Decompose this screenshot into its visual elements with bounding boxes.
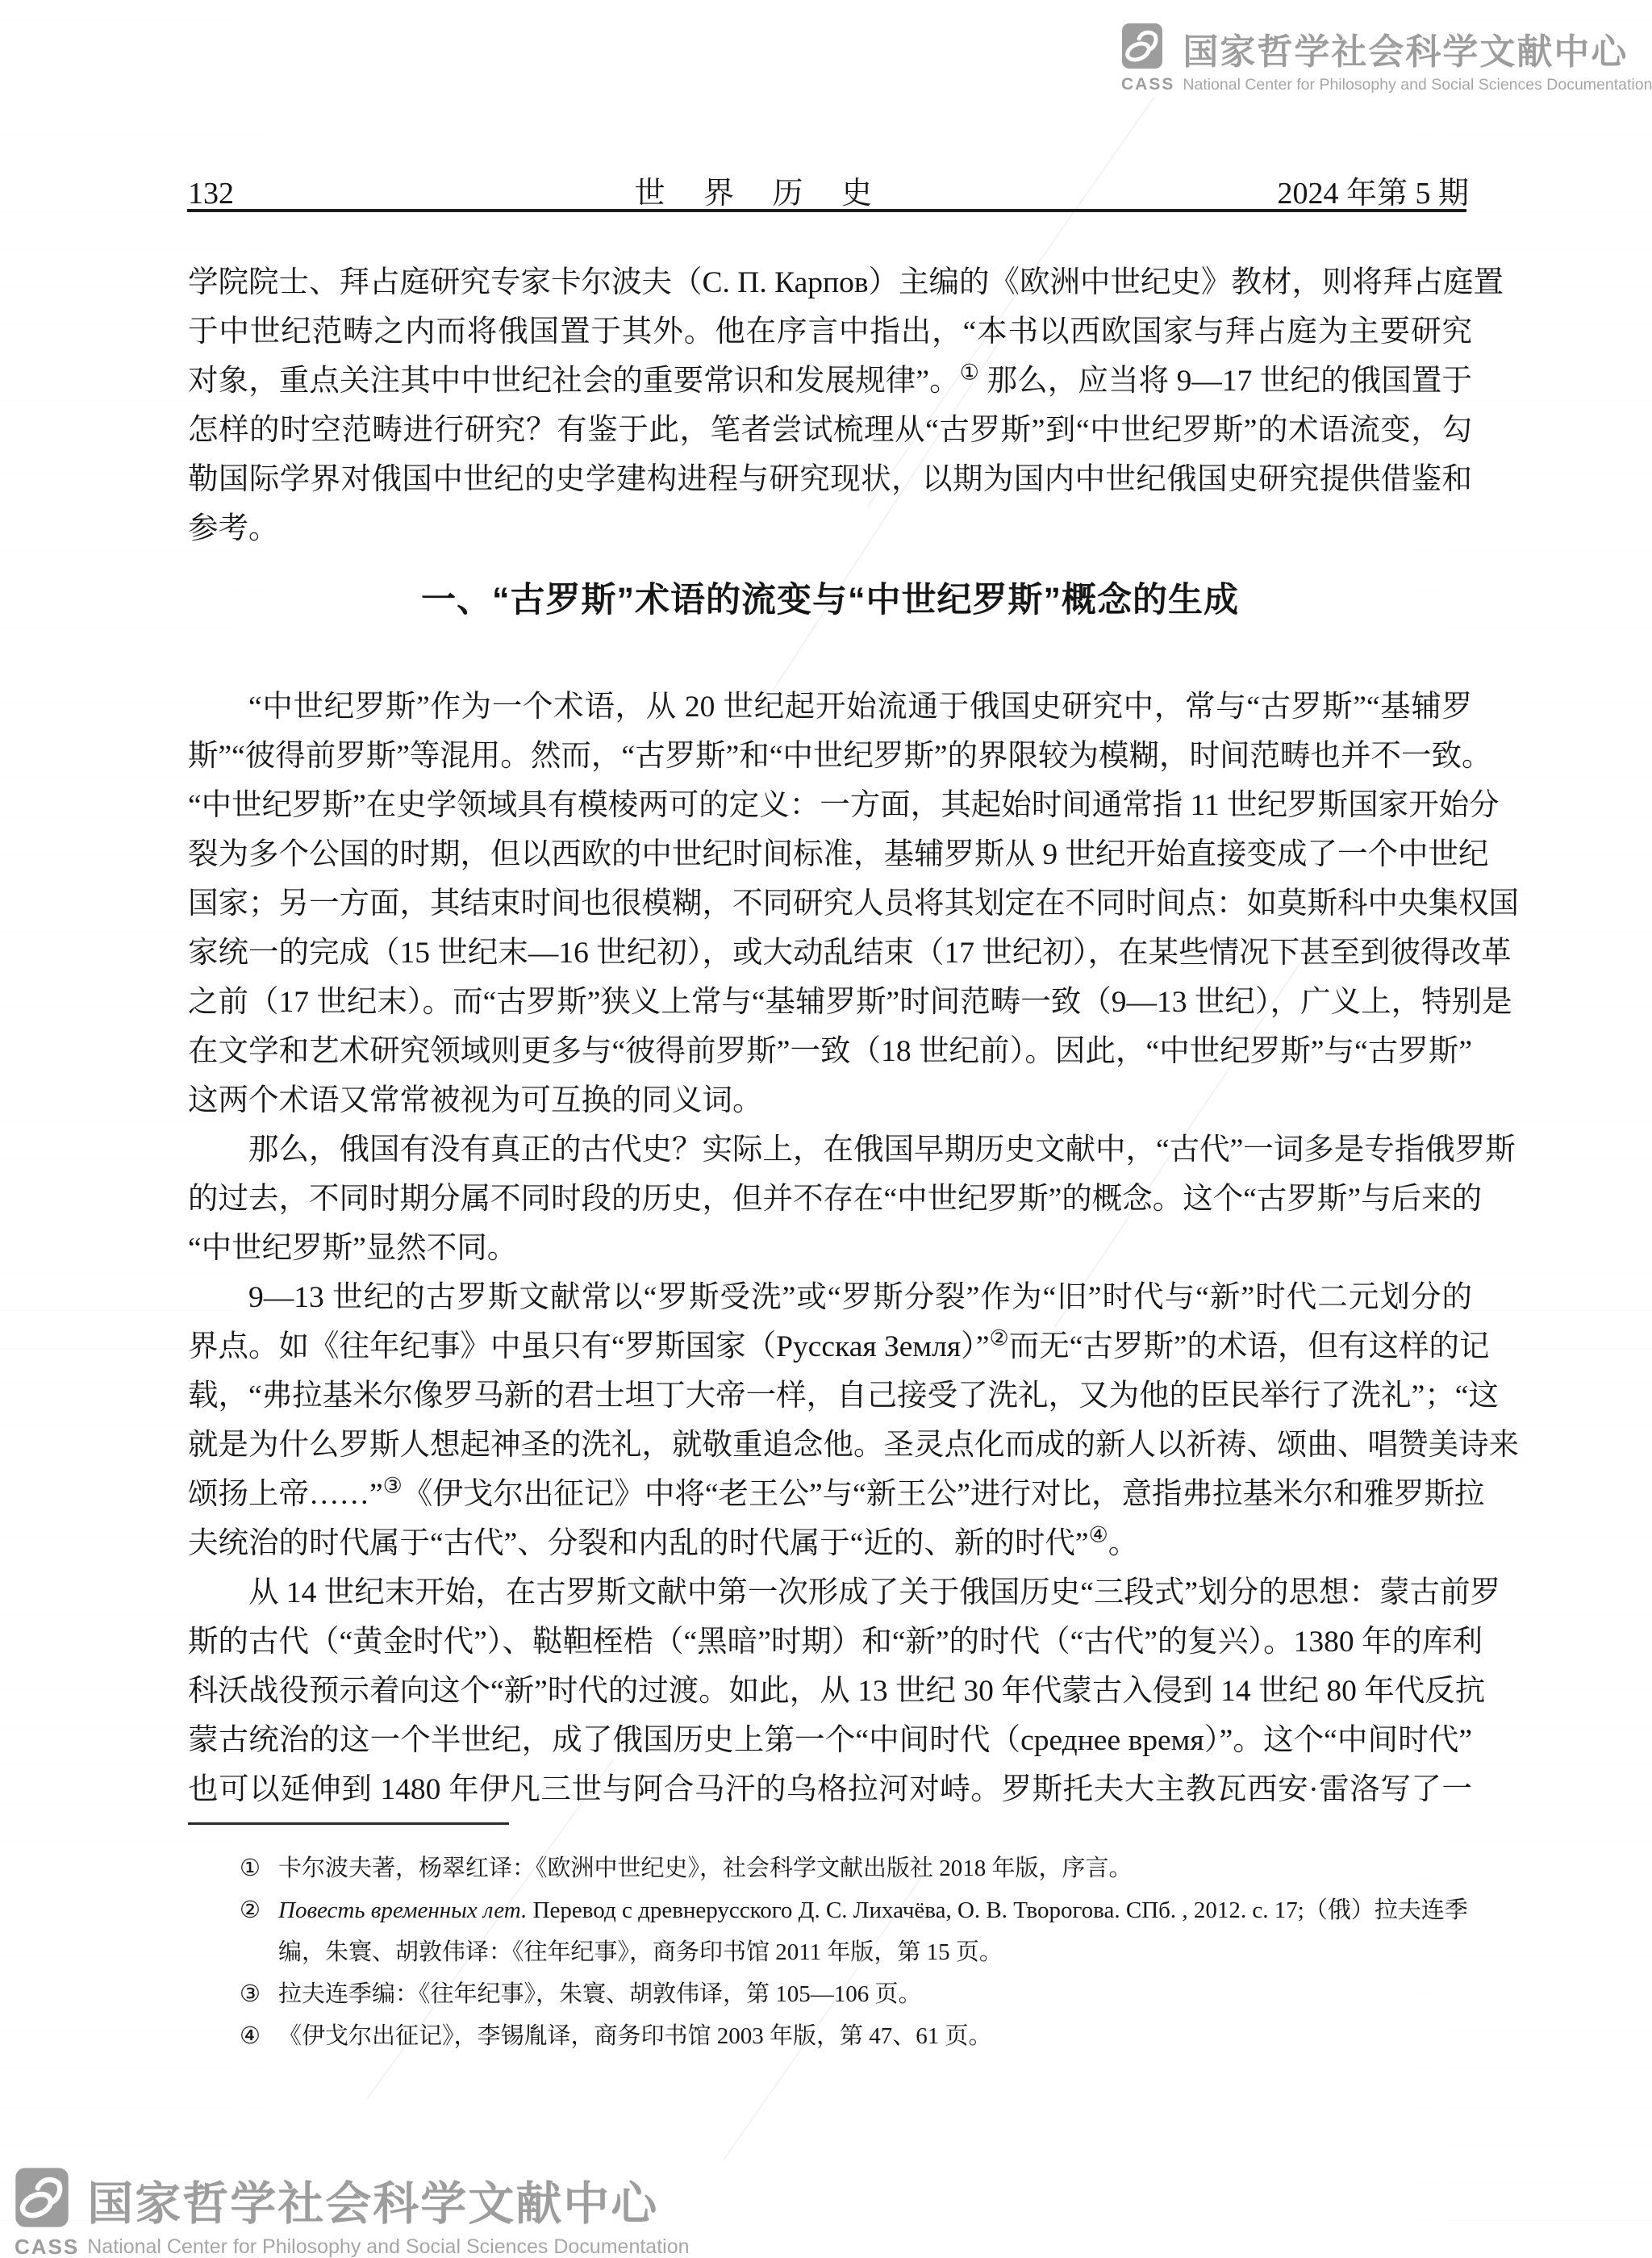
footnote-2-continued: 编，朱寰、胡敦伟译：《往年纪事》，商务印书馆 2011 年版，第 15 页。 <box>188 1931 1472 1973</box>
cass-logo-top: 国家哲学社会科学文献中心 CASS National Center for Ph… <box>1121 23 1652 95</box>
body-line: 之前（17 世纪末）。而“古罗斯”狭义上常与“基辅罗斯”时间范畴一致（9—13 … <box>188 978 1472 1027</box>
body-line: 也可以延伸到 1480 年伊凡三世与阿合马汗的乌格拉河对峙。罗斯托夫大主教瓦西安… <box>188 1765 1472 1814</box>
body-line: 夫统治的时代属于“古代”、分裂和内乱的时代属于“近的、新的时代”④。 <box>188 1519 1472 1568</box>
footnote-2: ② Повесть временных лет. Перевод с древн… <box>188 1889 1472 1931</box>
body-line: 于中世纪范畴之内而将俄国置于其外。他在序言中指出，“本书以西欧国家与拜占庭为主要… <box>188 307 1472 357</box>
body-line: 对象，重点关注其中中世纪社会的重要常识和发展规律”。① 那么，应当将 9—17 … <box>188 357 1472 406</box>
body-line: 家统一的完成（15 世纪末—16 世纪初），或大动乱结束（17 世纪初），在某些… <box>188 929 1472 978</box>
body-line: 斯”“彼得前罗斯”等混用。然而，“古罗斯”和“中世纪罗斯”的界限较为模糊，时间范… <box>188 732 1472 781</box>
cass-logo-chinese: 国家哲学社会科学文献中心 <box>79 2167 689 2233</box>
body-line: 颂扬上帝……”③《伊戈尔出征记》中将“老王公”与“新王公”进行对比，意指弗拉基米… <box>188 1470 1472 1519</box>
body-line: 参考。 <box>188 504 1472 553</box>
body-line: 的过去，不同时期分属不同时段的历史，但并不存在“中世纪罗斯”的概念。这个“古罗斯… <box>188 1175 1472 1224</box>
journal-title: 世 界 历 史 <box>634 168 877 212</box>
body-line: 怎样的时空范畴进行研究？有鉴于此，笔者尝试梳理从“古罗斯”到“中世纪罗斯”的术语… <box>188 406 1472 455</box>
page-number: 132 <box>188 176 234 211</box>
body-line: 斯的古代（“黄金时代”）、鞑靼桎梏（“黑暗”时期）和“新”的时代（“古代”的复兴… <box>188 1617 1472 1667</box>
body-line: 蒙古统治的这一个半世纪，成了俄国历史上第一个“中间时代（среднее врем… <box>188 1716 1472 1765</box>
footnote-rule <box>188 1822 509 1825</box>
footnote-text: 卡尔波夫著，杨翠红译：《欧洲中世纪史》，社会科学文献出版社 2018 年版，序言… <box>278 1855 1133 1881</box>
article-body: 学院院士、拜占庭研究专家卡尔波夫（С. П. Карпов）主编的《欧洲中世纪史… <box>188 258 1472 2057</box>
body-line: 界点。如《往年纪事》中虽只有“罗斯国家（Русская Земля）”②而无“古… <box>188 1322 1472 1371</box>
footnote-3: ③ 拉夫连季编：《往年纪事》，朱寰、胡敦伟译，第 105—106 页。 <box>188 1973 1472 2015</box>
section-heading: 一、“古罗斯”术语的流变与“中世纪罗斯”概念的生成 <box>188 581 1472 620</box>
issue-label: 2024 年第 5 期 <box>1277 168 1469 212</box>
cass-logo-english: National Center for Philosophy and Socia… <box>1174 74 1652 95</box>
cass-logo-icon <box>15 2167 69 2228</box>
body-line: “中世纪罗斯”在史学领域具有模棱两可的定义：一方面，其起始时间通常指 11 世纪… <box>188 781 1472 830</box>
body-line: 国家；另一方面，其结束时间也很模糊，不同研究人员将其划定在不同时间点：如莫斯科中… <box>188 879 1472 929</box>
body-line: 这两个术语又常常被视为可互换的同义词。 <box>188 1076 1472 1125</box>
cass-logo-chinese: 国家哲学社会科学文献中心 <box>1174 23 1652 74</box>
body-line: 勒国际学界对俄国中世纪的史学建构进程与研究现状，以期为国内中世纪俄国史研究提供借… <box>188 455 1472 504</box>
journal-page: 国家哲学社会科学文献中心 CASS National Center for Ph… <box>0 0 1652 2258</box>
body-line: 从 14 世纪末开始，在古罗斯文献中第一次形成了关于俄国历史“三段式”划分的思想… <box>188 1568 1472 1617</box>
body-line: 那么，俄国有没有真正的古代史？实际上，在俄国早期历史文献中，“古代”一词多是专指… <box>188 1125 1472 1175</box>
body-line: 就是为什么罗斯人想起神圣的洗礼，就敬重追念他。圣灵点化而成的新人以祈祷、颂曲、唱… <box>188 1421 1472 1470</box>
body-line: 载，“弗拉基米尔像罗马新的君士坦丁大帝一样，自己接受了洗礼，又为他的臣民举行了洗… <box>188 1371 1472 1421</box>
footnote-text: Перевод с древнерусского Д. С. Лихачёва,… <box>533 1897 1468 1923</box>
footnote-1: ① 卡尔波夫著，杨翠红译：《欧洲中世纪史》，社会科学文献出版社 2018 年版，… <box>188 1847 1472 1889</box>
running-head: 132 世 界 历 史 2024 年第 5 期 <box>188 168 1469 212</box>
body-line: 在文学和艺术研究领域则更多与“彼得前罗斯”一致（18 世纪前）。因此，“中世纪罗… <box>188 1027 1472 1076</box>
footnote-marker: ① <box>240 1847 261 1889</box>
footnote-marker: ② <box>240 1889 261 1931</box>
body-line: 学院院士、拜占庭研究专家卡尔波夫（С. П. Карпов）主编的《欧洲中世纪史… <box>188 258 1472 307</box>
footnote-text: 编，朱寰、胡敦伟译：《往年纪事》，商务印书馆 2011 年版，第 15 页。 <box>278 1939 1003 1965</box>
footnote-4: ④ 《伊戈尔出征记》，李锡胤译，商务印书馆 2003 年版，第 47、61 页。 <box>188 2015 1472 2057</box>
body-line: “中世纪罗斯”显然不同。 <box>188 1224 1472 1273</box>
body-line: 科沃战役预示着向这个“新”时代的过渡。如此，从 13 世纪 30 年代蒙古入侵到… <box>188 1667 1472 1716</box>
footnote-text: 《伊戈尔出征记》，李锡胤译，商务印书馆 2003 年版，第 47、61 页。 <box>278 2023 992 2049</box>
body-line: 9—13 世纪的古罗斯文献常以“罗斯受洗”或“罗斯分裂”作为“旧”时代与“新”时… <box>188 1273 1472 1322</box>
footnote-marker: ④ <box>240 2015 261 2057</box>
header-rule <box>187 209 1466 212</box>
footnote-marker: ③ <box>240 1973 261 2015</box>
body-line: 裂为多个公国的时期，但以西欧的中世纪时间标准，基辅罗斯从 9 世纪开始直接变成了… <box>188 830 1472 879</box>
body-line: “中世纪罗斯”作为一个术语，从 20 世纪起开始流通于俄国史研究中，常与“古罗斯… <box>188 682 1472 732</box>
cass-logo-icon <box>1121 23 1163 69</box>
footnotes: ① 卡尔波夫著，杨翠红译：《欧洲中世纪史》，社会科学文献出版社 2018 年版，… <box>188 1847 1472 2057</box>
cass-logo-abbr: CASS <box>15 2233 79 2258</box>
cass-logo-english: National Center for Philosophy and Socia… <box>79 2233 689 2258</box>
cass-logo-abbr: CASS <box>1121 74 1174 95</box>
footnote-text: 拉夫连季编：《往年纪事》，朱寰、胡敦伟译，第 105—106 页。 <box>278 1981 922 2007</box>
cass-logo-bottom: 国家哲学社会科学文献中心 CASS National Center for Ph… <box>15 2167 690 2258</box>
footnote-russian-title: Повесть временных лет. <box>278 1897 527 1923</box>
